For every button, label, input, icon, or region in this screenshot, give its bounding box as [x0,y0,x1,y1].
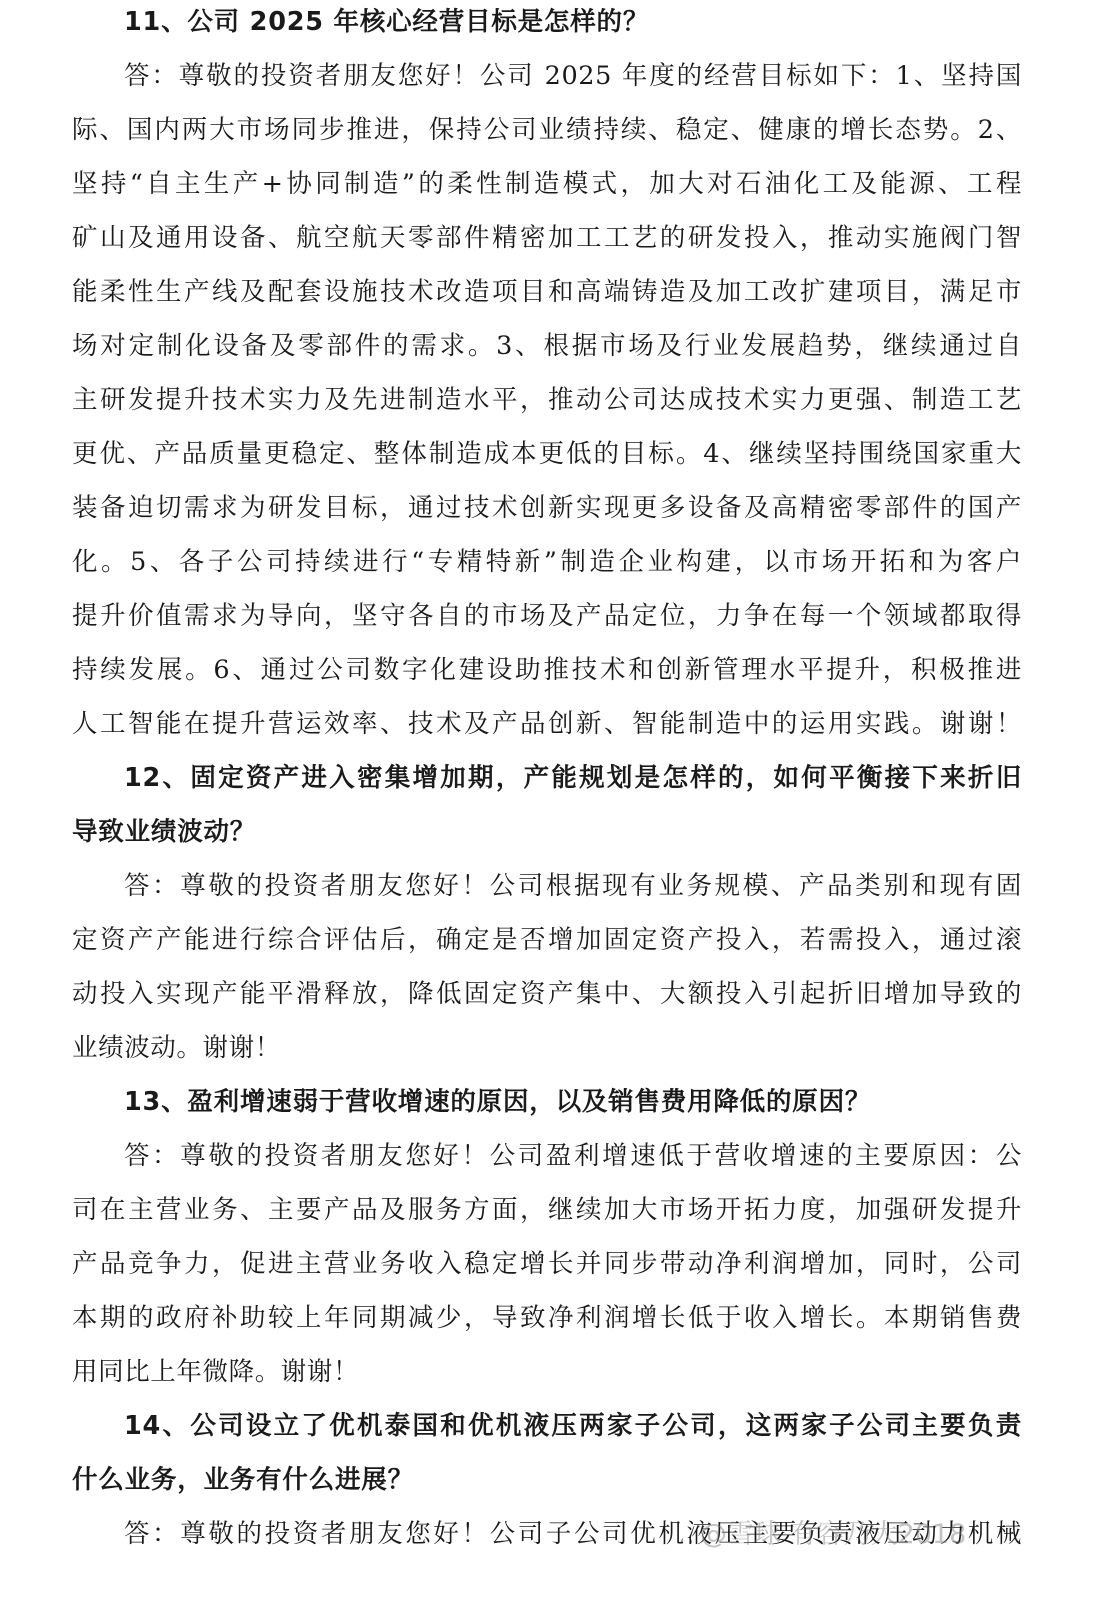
question-12: 12、固定资产进入密集增加期，产能规划是怎样的，如何平衡接下来折旧 [124,761,1022,795]
answer-12-line: 答：尊敬的投资者朋友您好！公司根据现有业务规模、产品类别和现有固 [124,869,1022,903]
document-page: 11、公司 2025 年核心经营目标是怎样的？ 答：尊敬的投资者朋友您好！公司 … [0,0,1104,1622]
answer-11-line: 矿山及通用设备、航空航天零部件精密加工工艺的研发投入，推动实施阀门智 [72,221,1022,255]
answer-11-line: 化。5、各子公司持续进行“专精特新”制造企业构建，以市场开拓和为客户 [72,545,1022,579]
answer-11-line: 装备迫切需求为研发目标，通过技术创新实现更多设备及高精密零部件的国产 [72,491,1022,525]
answer-11-line: 提升价值需求为导向，坚守各自的市场及产品定位，力争在每一个领域都取得 [72,599,1022,633]
answer-13-line: 产品竞争力，促进主营业务收入稳定增长并同步带动净利润增加，同时，公司 [72,1247,1022,1281]
answer-12-line: 业绩波动。谢谢！ [72,1031,1022,1065]
answer-13-line: 用同比上年微降。谢谢！ [72,1355,1022,1389]
answer-11-line: 坚持“自主生产+协同制造”的柔性制造模式，加大对石油化工及能源、工程 [72,167,1022,201]
question-14-cont: 什么业务，业务有什么进展？ [72,1463,1022,1497]
answer-11-line: 场对定制化设备及零部件的需求。3、根据市场及行业发展趋势，继续通过自 [72,329,1022,363]
watermark: @雪球 有容乃大2018 [700,1512,966,1551]
answer-11-line: 际、国内两大市场同步推进，保持公司业绩持续、稳定、健康的增长态势。2、 [72,113,1022,147]
answer-11-line: 更优、产品质量更稳定、整体制造成本更低的目标。4、继续坚持围绕国家重大 [72,437,1022,471]
question-13: 13、盈利增速弱于营收增速的原因，以及销售费用降低的原因？ [124,1085,1022,1119]
answer-13-line: 本期的政府补助较上年同期减少，导致净利润增长低于收入增长。本期销售费 [72,1301,1022,1335]
answer-11-line: 答：尊敬的投资者朋友您好！公司 2025 年度的经营目标如下：1、坚持国 [124,59,1022,93]
answer-11-line: 人工智能在提升营运效率、技术及产品创新、智能制造中的运用实践。谢谢！ [72,707,1022,741]
question-11: 11、公司 2025 年核心经营目标是怎样的？ [124,5,1022,39]
answer-11-line: 主研发提升技术实力及先进制造水平，推动公司达成技术实力更强、制造工艺 [72,383,1022,417]
answer-11-line: 能柔性生产线及配套设施技术改造项目和高端铸造及加工改扩建项目，满足市 [72,275,1022,309]
question-14: 14、公司设立了优机泰国和优机液压两家子公司，这两家子公司主要负责 [124,1409,1022,1443]
question-12-cont: 导致业绩波动？ [72,815,1022,849]
answer-12-line: 动投入实现产能平滑释放，降低固定资产集中、大额投入引起折旧增加导致的 [72,977,1022,1011]
answer-12-line: 定资产产能进行综合评估后，确定是否增加固定资产投入，若需投入，通过滚 [72,923,1022,957]
answer-13-line: 答：尊敬的投资者朋友您好！公司盈利增速低于营收增速的主要原因：公 [124,1139,1022,1173]
answer-11-line: 持续发展。6、通过公司数字化建设助推技术和创新管理水平提升，积极推进 [72,653,1022,687]
answer-13-line: 司在主营业务、主要产品及服务方面，继续加大市场开拓力度，加强研发提升 [72,1193,1022,1227]
